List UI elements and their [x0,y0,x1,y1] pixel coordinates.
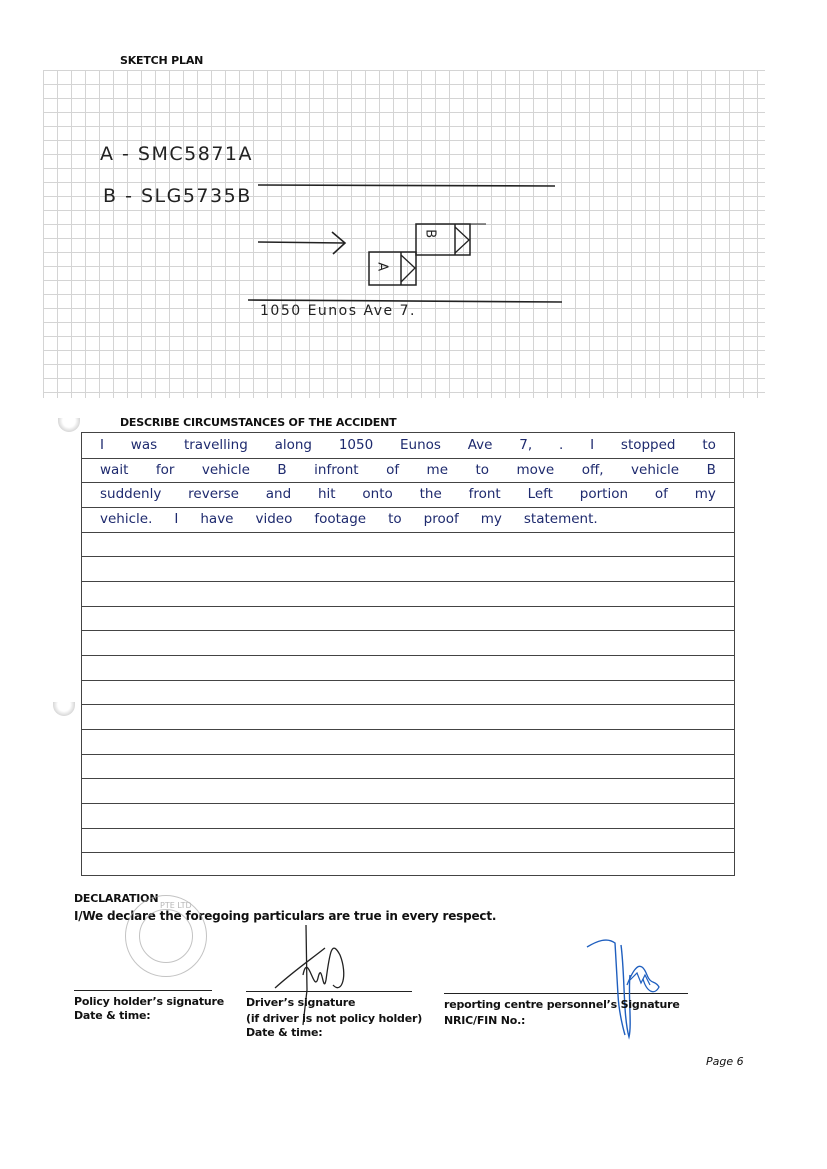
reporting-centre-signature-label: reporting centre personnel’s Signature [444,998,680,1012]
ruled-line [82,655,734,656]
policy-holder-signature-line[interactable] [74,990,212,991]
handwritten-word: infront [314,462,358,478]
handwritten-word: to [388,511,402,527]
policy-holder-date-label: Date & time: [74,1009,150,1023]
ruled-line [82,680,734,681]
handwritten-word: proof [424,511,459,527]
reporting-centre-id-label: NRIC/FIN No.: [444,1014,525,1028]
handwritten-word: 7, [519,437,532,453]
vehicle-b-plate: B - SLG5735B [103,185,252,207]
handwritten-word: I [590,437,594,453]
handwritten-word: Ave [468,437,493,453]
reporting-centre-signature-icon [585,935,675,1045]
handwritten-word: my [481,511,502,527]
circumstances-heading: DESCRIBE CIRCUMSTANCES OF THE ACCIDENT [120,416,396,429]
handwritten-word: vehicle. [100,511,152,527]
handwritten-word: me [427,462,448,478]
driver-signature-note: (if driver is not policy holder) [246,1012,422,1026]
ruled-line [82,532,734,533]
handwritten-word: to [475,462,489,478]
ruled-line [82,507,734,508]
handwritten-word: . [559,437,563,453]
ruled-line [82,803,734,804]
handwritten-word: of [386,462,399,478]
handwritten-word: 1050 [339,437,373,453]
vehicle-a-plate: A - SMC5871A [100,143,253,165]
vehicle-a-box-label: A [375,262,390,272]
handwritten-line: vehicle.Ihavevideofootagetoproofmystatem… [100,511,716,527]
handwritten-word: front [469,486,501,502]
handwritten-word: Eunos [400,437,441,453]
ruled-line [82,754,734,755]
ruled-line [82,482,734,483]
company-stamp: PTE LTD [125,895,207,977]
handwritten-word: reverse [188,486,239,502]
handwritten-line: waitforvehicleBinfrontofmetomoveoff,vehi… [100,462,716,478]
direction-arrow-icon [258,232,345,254]
handwritten-word: my [695,486,716,502]
handwritten-word: was [131,437,157,453]
policy-holder-signature-label: Policy holder’s signature [74,995,224,1009]
handwritten-word: travelling [184,437,248,453]
driver-date-label: Date & time: [246,1026,322,1040]
handwritten-word: along [275,437,312,453]
handwritten-word: I [174,511,178,527]
handwritten-word: the [420,486,442,502]
handwritten-word: footage [314,511,366,527]
handwritten-word: wait [100,462,128,478]
handwritten-word: move [517,462,555,478]
ruled-line [82,458,734,459]
stamp-text: PTE LTD [160,901,192,910]
punch-hole [58,418,80,432]
road-label: 1050 Eunos Ave 7. [260,303,416,319]
driver-signature-label: Driver’s signature [246,996,355,1010]
circumstances-box[interactable]: Iwastravellingalong1050EunosAve7,.Istopp… [81,432,735,876]
sketch-plan-heading: SKETCH PLAN [120,54,203,67]
handwritten-word: and [266,486,291,502]
handwritten-word: hit [318,486,336,502]
vehicle-b-box-label: B [423,229,438,239]
page-number: Page 6 [706,1055,744,1068]
handwritten-word: vehicle [631,462,679,478]
handwritten-word: to [702,437,716,453]
handwritten-word: I [100,437,104,453]
handwritten-word: for [156,462,175,478]
ruled-line [82,828,734,829]
handwritten-word: statement. [524,511,598,527]
handwritten-word: off, [582,462,604,478]
handwritten-word: Left [528,486,553,502]
handwritten-word: of [655,486,668,502]
handwritten-word: suddenly [100,486,161,502]
handwritten-line: suddenlyreverseandhitontothefrontLeftpor… [100,486,716,502]
handwritten-word: portion [580,486,628,502]
handwritten-word: vehicle [202,462,250,478]
punch-hole [53,702,75,716]
handwritten-word: B [707,462,716,478]
ruled-line [82,581,734,582]
handwritten-word: onto [362,486,392,502]
ruled-line [82,852,734,853]
handwritten-line: Iwastravellingalong1050EunosAve7,.Istopp… [100,437,716,453]
handwritten-word: video [255,511,292,527]
ruled-line [82,778,734,779]
ruled-line [82,729,734,730]
ruled-line [82,630,734,631]
handwritten-word: B [277,462,286,478]
ruled-line [82,556,734,557]
ruled-line [82,704,734,705]
handwritten-word: have [200,511,233,527]
handwritten-word: stopped [621,437,676,453]
ruled-line [82,606,734,607]
